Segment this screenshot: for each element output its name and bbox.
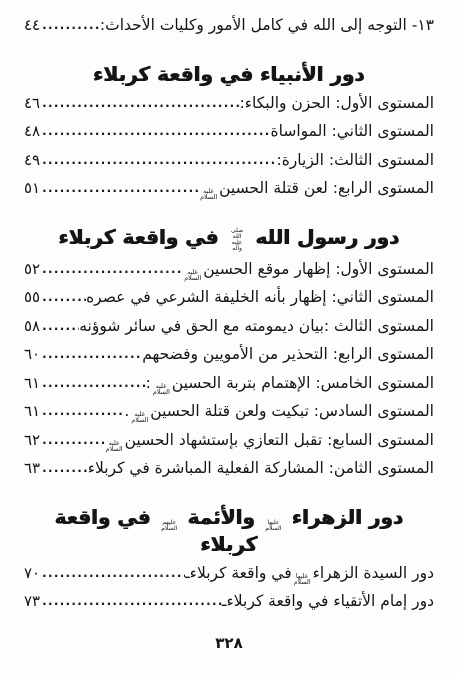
toc-entry-title: المستوى السادس: تبكيت ولعن قتلة الحسين <box>150 402 434 420</box>
toc-entry-title: المستوى الرابع: التحذير من الأمويين وفضح… <box>142 345 434 363</box>
toc-entry: المستوى السادس: تبكيت ولعن قتلة الحسين ع… <box>24 402 434 431</box>
book-page: { "colors": { "background": "#fdfdfd", "… <box>0 0 458 674</box>
toc-page-number: ٦١ <box>24 374 40 392</box>
toc-page-number: ٤٦ <box>24 94 40 112</box>
honorific-mark: عليه السلام <box>131 412 148 425</box>
honorific-mark: عليه السلام <box>153 384 170 397</box>
toc-entry-title: ١٣- التوجه إلى الله في كامل الأمور وكليا… <box>100 16 434 34</box>
toc-entry-title: المستوى الثالث :بيان ديمومته مع الحق في … <box>79 317 434 335</box>
book-page-number: ٣٢٨ <box>0 634 458 652</box>
dot-leader <box>42 594 222 608</box>
toc-entry-title: المستوى الثالث: الزيارة: <box>276 151 434 169</box>
dot-leader <box>42 124 270 138</box>
toc-entry-title: المستوى الخامس: الإهتمام بتربة الحسين <box>172 374 434 392</box>
toc-entry: دور إمام الأتقياء في واقعة كربلاءـ ٧٣ <box>24 592 434 621</box>
honorific-mark: عليها السلام <box>294 574 311 587</box>
toc-page-number: ٧٠ <box>24 564 40 582</box>
toc-page-number: ٤٤ <box>24 16 40 34</box>
dot-leader <box>42 376 146 390</box>
toc-entry: دور السيدة الزهراء عليها السلام في واقعة… <box>24 564 434 593</box>
toc-page-number: ٧٣ <box>24 592 40 610</box>
toc-page-number: ٦٢ <box>24 431 40 449</box>
dot-leader <box>42 433 104 447</box>
honorific-mark: عليه السلام <box>184 270 201 283</box>
dot-leader <box>42 347 142 361</box>
dot-leader <box>42 181 198 195</box>
toc-page-number: ٦١ <box>24 402 40 420</box>
section-heading-prophets: دور الأنبياء في واقعة كربلاء <box>24 62 434 86</box>
toc-entry-title: المستوى السابع: تقبل التعازي بإستشهاد ال… <box>125 431 434 449</box>
dot-leader <box>42 566 185 580</box>
dot-leader <box>42 461 88 475</box>
toc-entry: المستوى الرابع: التحذير من الأمويين وفضح… <box>24 345 434 374</box>
toc-entry: المستوى الثالث :بيان ديمومته مع الحق في … <box>24 317 434 346</box>
toc-page-number: ٦٠ <box>24 345 40 363</box>
honorific-mark: عليه السلام <box>200 189 217 202</box>
toc-entry-title: المستوى الرابع: لعن قتلة الحسين <box>219 179 434 197</box>
toc-entry: المستوى الثاني: المواساة ٤٨ <box>24 122 434 151</box>
toc-entry-title: المستوى الثامن: المشاركة الفعلية المباشر… <box>88 459 434 477</box>
toc-entry: المستوى السابع: تقبل التعازي بإستشهاد ال… <box>24 431 434 460</box>
toc-page-number: ٥٥ <box>24 288 40 306</box>
alayhim-salam-mark: عليهم السلام <box>160 520 179 532</box>
dot-leader <box>42 319 79 333</box>
toc-entry-title: المستوى الثاني: المواساة <box>270 122 434 140</box>
toc-entry-title: المستوى الثاني: إظهار بأنه الخليفة الشرع… <box>86 288 434 306</box>
dot-leader <box>42 262 182 276</box>
dot-leader <box>42 18 100 32</box>
dot-leader <box>42 153 276 167</box>
toc-entry: المستوى الثاني: إظهار بأنه الخليفة الشرع… <box>24 288 434 317</box>
section-heading-prophet-muhammad: دور رسول الله صلى الله عليه وآله في واقع… <box>24 225 434 252</box>
toc-entry: المستوى الأول: إظهار موقع الحسين عليه ال… <box>24 260 434 289</box>
toc-page-number: ٥١ <box>24 179 40 197</box>
salawat-mark: صلى الله عليه وآله <box>228 228 247 252</box>
toc-page-number: ٤٨ <box>24 122 40 140</box>
toc-entry: المستوى الثالث: الزيارة: ٤٩ <box>24 151 434 180</box>
toc-entry-title: المستوى الأول: الحزن والبكاء: <box>240 94 434 112</box>
dot-leader <box>42 96 239 110</box>
toc-content: ١٣- التوجه إلى الله في كامل الأمور وكليا… <box>0 0 458 621</box>
alayha-salam-mark: عليها السلام <box>264 520 283 532</box>
toc-entry: المستوى الرابع: لعن قتلة الحسين عليه الس… <box>24 179 434 208</box>
dot-leader <box>42 404 124 418</box>
toc-page-number: ٥٨ <box>24 317 40 335</box>
toc-entry: ١٣- التوجه إلى الله في كامل الأمور وكليا… <box>24 16 434 45</box>
toc-page-number: ٦٣ <box>24 459 40 477</box>
toc-entry-title: دور السيدة الزهراء <box>313 564 434 582</box>
toc-entry: المستوى الخامس: الإهتمام بتربة الحسين عل… <box>24 374 434 403</box>
dot-leader <box>42 290 86 304</box>
toc-page-number: ٥٢ <box>24 260 40 278</box>
toc-entry-title: المستوى الأول: إظهار موقع الحسين <box>203 260 434 278</box>
honorific-mark: عليه السلام <box>106 441 123 454</box>
toc-entry: المستوى الأول: الحزن والبكاء: ٤٦ <box>24 94 434 123</box>
toc-entry-title: دور إمام الأتقياء في واقعة كربلاءـ <box>222 592 434 610</box>
toc-page-number: ٤٩ <box>24 151 40 169</box>
toc-entry: المستوى الثامن: المشاركة الفعلية المباشر… <box>24 459 434 488</box>
section-heading-zahra-imams: دور الزهراء عليها السلام والأئمة عليهم ا… <box>24 505 434 556</box>
